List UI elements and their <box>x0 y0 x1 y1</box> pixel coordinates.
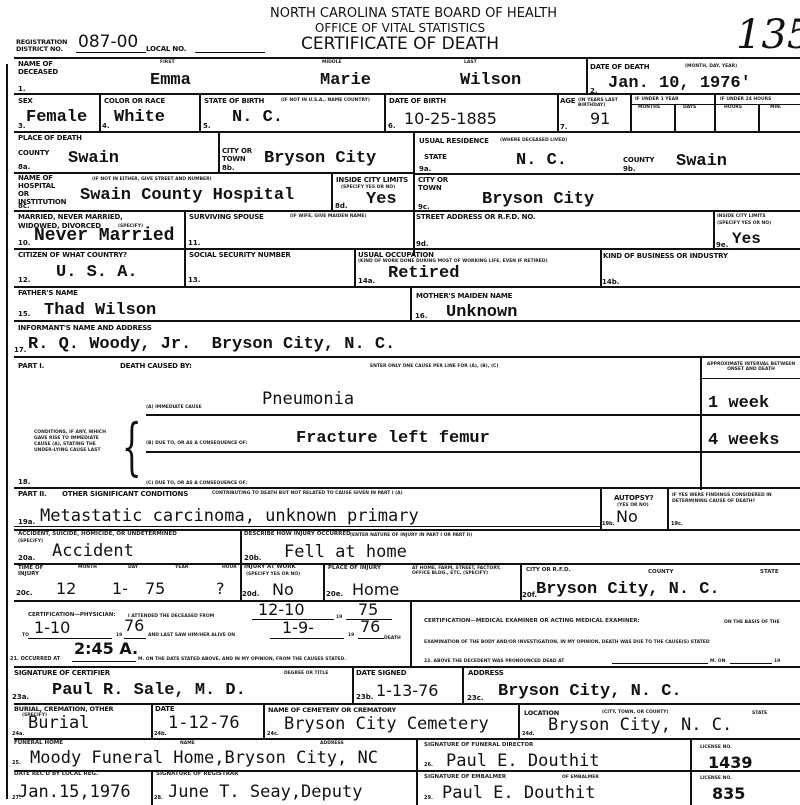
divider <box>331 172 333 210</box>
first-name: Emma <box>150 72 191 90</box>
registration-underline <box>76 52 146 53</box>
citizen-label: CITIZEN OF WHAT COUNTRY? <box>18 251 127 259</box>
item-11: 11. <box>188 239 200 247</box>
usual-residence-sub: (WHERE DECEASED LIVED) <box>500 138 567 143</box>
occurred-tail-text: M. ON THE DATE STATED ABOVE, AND IN MY O… <box>138 657 346 662</box>
item-29: 29. <box>424 795 433 801</box>
describe-value: Fell at home <box>284 543 407 561</box>
divider <box>713 210 715 248</box>
item-26: 26. <box>424 762 433 768</box>
disposition-method-label: BURIAL, CREMATION, OTHER <box>14 705 113 713</box>
residence-county-label: COUNTY <box>623 156 654 164</box>
date-signed-value: 1-13-76 <box>376 682 438 700</box>
county-label: COUNTY <box>18 149 49 157</box>
item-24b: 24b. <box>154 731 166 737</box>
row-line <box>14 131 800 133</box>
injury-county-label: COUNTY <box>648 570 674 575</box>
surviving-spouse-label: SURVIVING SPOUSE <box>189 213 264 221</box>
age-sub: (IN YEARS LAST BIRTHDAY) <box>578 98 630 108</box>
attended-to-year: 76 <box>124 617 144 635</box>
divider <box>410 286 412 320</box>
item-14a: 14a. <box>358 277 375 285</box>
row-line <box>14 666 800 668</box>
divider <box>352 666 354 703</box>
certifier-address: Bryson City, N. C. <box>498 683 682 701</box>
divider <box>758 104 760 131</box>
informant-value: R. Q. Woody, Jr. Bryson City, N. C. <box>28 336 395 354</box>
divider <box>413 131 415 256</box>
injury-location-value: Bryson City, N. C. <box>536 581 720 599</box>
certifier-signature: Paul R. Sale, M. D. <box>52 682 246 700</box>
injury-year: 75 <box>145 580 165 598</box>
medical-examiner-19: 19 <box>774 659 780 664</box>
injury-city-label: CITY OR R.F.D. <box>526 568 571 573</box>
row-line <box>413 173 800 175</box>
father-name-label: FATHER'S NAME <box>18 289 78 297</box>
row-line <box>14 172 414 174</box>
divider <box>354 248 356 286</box>
state-of-birth-sub: (IF NOT IN U.S.A., NAME COUNTRY) <box>280 98 370 103</box>
date-received-label: DATE REC'D BY LOCAL REG. <box>14 772 98 777</box>
item-3: 3. <box>18 122 26 130</box>
item-17: 17. <box>14 346 26 354</box>
day-label: DAY <box>128 565 138 570</box>
days-label: DAYS <box>683 105 696 110</box>
item-23c: 23c. <box>467 694 484 702</box>
disposition-date-value: 1-12-76 <box>168 714 240 732</box>
cause-b-interval: 4 weeks <box>708 432 779 450</box>
handwritten-number: 135 <box>736 12 800 58</box>
location-state-label: STATE <box>752 711 767 716</box>
year-prefix-19: 19 <box>116 633 122 638</box>
certifier-address-label: ADDRESS <box>468 669 504 677</box>
divider <box>151 770 153 805</box>
row-line <box>14 248 800 250</box>
state-of-birth-label: STATE OF BIRTH <box>204 97 264 105</box>
interval-label: APPROXIMATE INTERVAL BETWEEN ONSET AND D… <box>705 362 797 372</box>
item-15: 15. <box>18 310 30 318</box>
divider <box>557 93 559 131</box>
residence-state: N. C. <box>516 152 567 170</box>
business-label: KIND OF BUSINESS OR INDUSTRY <box>603 252 728 260</box>
cause-a-line <box>146 414 800 416</box>
funeral-home-name-label: NAME <box>180 741 195 746</box>
item-8d: 8d. <box>335 202 348 210</box>
residence-state-label: STATE <box>424 153 447 161</box>
surviving-spouse-sub: (IF WIFE, GIVE MAIDEN NAME) <box>290 214 367 219</box>
autopsy-findings-label: IF YES WERE FINDINGS CONSIDERED IN DETER… <box>672 493 798 505</box>
item-20f: 20f. <box>522 591 537 599</box>
marital-status-value: Never Married <box>34 227 174 245</box>
state-board-heading: NORTH CAROLINA STATE BOARD OF HEALTH <box>270 6 530 21</box>
divider <box>630 93 632 131</box>
place-of-death-label: PLACE OF DEATH <box>18 134 82 142</box>
place-of-injury-label: PLACE OF INJURY <box>328 566 381 571</box>
disposition-method-value: Burial <box>28 714 89 732</box>
funeral-home-address-label: ADDRESS <box>320 741 344 746</box>
last-name: Wilson <box>460 72 521 90</box>
under-24-hours-label: IF UNDER 24 HOURS <box>720 97 771 102</box>
cause-a-label: (a) IMMEDIATE CAUSE <box>146 405 202 410</box>
place-of-injury-sub: AT HOME, FARM, STREET, FACTORY, OFFICE B… <box>412 566 520 576</box>
item-28: 28. <box>154 795 163 801</box>
death-county: Swain <box>68 150 119 168</box>
other-conditions-value: Metastatic carcinoma, unknown primary <box>40 507 419 525</box>
item-9a: 9a. <box>419 165 431 173</box>
conditions-label: CONDITIONS, IF ANY, WHICH GAVE RISE TO I… <box>34 430 106 454</box>
attended-from: 12-10 <box>258 601 305 619</box>
divider <box>384 93 386 131</box>
medical-examiner-text-2: EXAMINATION OF THE BODY AND/OR INVESTIGA… <box>424 640 710 645</box>
time-of-death: 2:45 A. <box>74 640 138 658</box>
item-12: 12. <box>18 276 30 284</box>
row-line <box>14 286 800 288</box>
mother-maiden-name-label: MOTHER'S MAIDEN NAME <box>416 292 512 300</box>
item-10: 10. <box>18 239 30 247</box>
item-23a: 23a. <box>12 693 29 701</box>
injury-day: 1- <box>112 580 128 598</box>
residence-county: Swain <box>676 153 727 171</box>
part-2-label: PART II. <box>18 490 46 498</box>
funeral-director-signature: Paul E. Douthit <box>446 752 600 770</box>
item-20c: 20c. <box>16 589 33 597</box>
item-20d: 20d. <box>242 590 259 598</box>
last-saw-label: AND LAST SAW HIM/HER ALIVE ON <box>148 633 235 638</box>
divider <box>700 356 702 490</box>
manner-sub: (SPECIFY) <box>18 539 43 544</box>
injury-state-label: STATE <box>760 570 779 575</box>
divider <box>358 638 384 639</box>
manner-value: Accident <box>52 542 134 560</box>
usual-residence-label: USUAL RESIDENCE <box>419 137 489 145</box>
funeral-home-label: FUNERAL HOME <box>14 741 63 746</box>
row-line <box>14 210 800 212</box>
death-caused-by-label: DEATH CAUSED BY: <box>120 362 192 370</box>
row-line <box>14 356 800 358</box>
cemetery-value: Bryson City Cemetery <box>284 715 489 733</box>
item-9b: 9b. <box>623 165 636 173</box>
last-saw-year: 76 <box>360 618 380 636</box>
funeral-director-label: SIGNATURE OF FUNERAL DIRECTOR <box>424 743 533 748</box>
item-19a: 19a. <box>18 518 35 526</box>
divider <box>151 703 153 738</box>
item-25: 25. <box>12 760 21 766</box>
divider <box>667 487 669 530</box>
cause-b-value: Fracture left femur <box>296 430 490 448</box>
father-name: Thad Wilson <box>44 302 156 320</box>
local-no-underline <box>195 52 265 53</box>
item-7: 7. <box>560 123 568 131</box>
place-of-injury-value: Home <box>352 581 399 599</box>
divider <box>518 703 520 738</box>
item-4: 4. <box>102 122 110 130</box>
occurred-at-label: 21. OCCURRED AT <box>10 657 60 662</box>
frame-top <box>14 57 800 59</box>
row-line <box>14 738 800 740</box>
divider <box>730 663 772 664</box>
medical-examiner-label: CERTIFICATION—MEDICAL EXAMINER OR ACTING… <box>424 619 640 624</box>
row-line <box>14 320 800 322</box>
other-conditions-line <box>14 526 600 527</box>
embalmer-sub: OF EMBALMER <box>562 775 599 780</box>
row-line <box>14 93 800 95</box>
hospital-name: Swain County Hospital <box>80 187 294 205</box>
divider <box>700 378 800 379</box>
local-no-label: LOCAL NO. <box>146 45 186 53</box>
divider <box>462 666 464 703</box>
director-license-label: LICENSE NO. <box>700 745 732 750</box>
death-city: Bryson City <box>264 150 376 168</box>
year-label: YEAR <box>175 565 188 570</box>
attended-to: 1-10 <box>34 619 70 637</box>
time-of-injury-label: TIME OF INJURY <box>18 565 48 577</box>
row-line <box>14 600 800 602</box>
last-saw-value: 1-9- <box>282 619 314 637</box>
manner-label: ACCIDENT, SUICIDE, HOMICIDE, OR UNDETERM… <box>18 532 177 537</box>
item-13: 13. <box>188 276 200 284</box>
cause-a-interval: 1 week <box>708 395 769 413</box>
divider <box>270 638 344 639</box>
item-24c: 24c. <box>267 731 279 737</box>
name-of-deceased-label: NAME OF DECEASED <box>18 60 68 76</box>
autopsy-label: AUTOPSY? <box>614 494 653 502</box>
brace-icon: { <box>122 416 142 478</box>
part-1-label: PART I. <box>18 362 44 370</box>
hour-label: HOUR <box>222 565 237 570</box>
autopsy-value: No <box>616 508 638 526</box>
street-address-label: STREET ADDRESS OR R.F.D. No. <box>416 213 535 221</box>
race-value: White <box>114 109 165 127</box>
sex-value: Female <box>26 109 87 127</box>
injury-month: 12 <box>56 580 76 598</box>
registrar-label: SIGNATURE OF REGISTRAR <box>156 772 238 777</box>
city-or-town-label: CITY OR TOWN <box>222 147 252 163</box>
divider <box>586 57 588 93</box>
item-19c: 19c. <box>671 521 683 527</box>
ssn-label: SOCIAL SECURITY NUMBER <box>189 251 291 259</box>
divider <box>184 248 186 286</box>
embalmer-signature: Paul E. Douthit <box>442 784 596 802</box>
describe-label: DESCRIBE HOW INJURY OCCURRED <box>244 532 351 537</box>
month-label: MONTH <box>78 565 97 570</box>
state-of-birth-value: N. C. <box>232 109 283 127</box>
cemetery-label: NAME OF CEMETERY OR CREMATORY <box>268 706 396 714</box>
item-24d: 24d. <box>522 731 534 737</box>
hours-label: HOURS <box>724 105 742 110</box>
medical-examiner-am: M. ON <box>710 659 725 664</box>
cause-b-line <box>146 451 800 453</box>
last-label: LAST <box>464 60 477 65</box>
divider <box>410 600 412 666</box>
race-label: COLOR OR RACE <box>104 97 165 105</box>
cause-a-value: Pneumonia <box>262 390 354 408</box>
divider <box>323 563 325 600</box>
embalmer-license-value: 835 <box>712 785 745 803</box>
divider <box>630 104 800 105</box>
cause-b-label: (b) DUE TO, OR AS A CONSEQUENCE OF: <box>146 441 247 446</box>
date-of-death: Jan. 10, 1976' <box>608 75 751 93</box>
other-conditions-sub: CONTRIBUTING TO DEATH BUT NOT RELATED TO… <box>212 491 403 496</box>
divider <box>612 663 708 664</box>
date-signed-label: DATE SIGNED <box>356 669 406 677</box>
item-24a: 24a. <box>12 731 24 737</box>
injury-hour: ? <box>216 580 225 598</box>
date-of-death-label: DATE OF DEATH <box>590 63 649 71</box>
date-of-death-sub: (MONTH, DAY, YEAR) <box>685 64 737 69</box>
other-conditions-label: OTHER SIGNIFICANT CONDITIONS <box>62 490 188 498</box>
embalmer-license-label: LICENSE NO. <box>700 776 732 781</box>
row-line <box>14 770 800 772</box>
medical-examiner-text-3: 22. ABOVE THE DECEDENT WAS PRONOUNCED DE… <box>424 659 564 664</box>
describe-sub: (ENTER NATURE OF INJURY IN PART I OR PAR… <box>350 533 472 538</box>
item-19b: 19b. <box>602 521 614 527</box>
row-line <box>14 703 800 705</box>
divider <box>99 93 101 131</box>
frame-left <box>6 64 8 799</box>
item-9d: 9d. <box>416 240 429 248</box>
residence-city-label: CITY OR TOWN <box>418 176 448 192</box>
location-value: Bryson City, N. C. <box>548 716 732 734</box>
item-5: 5. <box>203 122 211 130</box>
year-prefix-19: 19 <box>336 615 342 620</box>
age-label: AGE <box>560 97 575 105</box>
embalmer-label: SIGNATURE OF EMBALMER <box>424 775 506 780</box>
item-20e: 20e. <box>326 590 343 598</box>
date-of-birth-label: DATE OF BIRTH <box>389 97 446 105</box>
date-of-birth-value: 10-25-1885 <box>404 110 497 128</box>
year-prefix-19: 19 <box>348 633 354 638</box>
middle-name: Marie <box>320 72 371 90</box>
divider <box>240 529 242 563</box>
first-label: FIRST <box>160 60 175 65</box>
injury-at-work-sub: (SPECIFY YES OR NO) <box>246 572 300 577</box>
occupation-label: USUAL OCCUPATION <box>358 251 434 259</box>
age-value: 91 <box>590 110 610 128</box>
item-14b: 14b. <box>602 278 619 286</box>
medical-examiner-text-1: ON THE BASIS OF THE <box>724 620 780 625</box>
item-18: 18. <box>18 478 30 486</box>
divider <box>674 104 676 131</box>
citizen-value: U. S. A. <box>56 264 138 282</box>
disposition-date-label: DATE <box>155 705 174 713</box>
registrar-signature: June T. Seay,Deputy <box>168 783 362 801</box>
occupation-value: Retired <box>388 265 459 283</box>
min-label: MIN. <box>770 105 782 110</box>
enter-only-one-label: ENTER ONLY ONE CAUSE PER LINE FOR (a), (… <box>370 364 498 369</box>
item-20a: 20a. <box>18 554 35 562</box>
divider <box>218 131 220 172</box>
under-1-year-label: IF UNDER 1 YEAR <box>635 97 679 102</box>
degree-or-title-label: DEGREE OR TITLE <box>284 671 328 676</box>
row-line <box>14 487 800 489</box>
death-label: DEATH <box>384 636 401 641</box>
item-1: 1. <box>18 85 26 93</box>
item-8c: 8c. <box>18 202 30 210</box>
hospital-sub: (IF NOT IN EITHER, GIVE STREET AND NUMBE… <box>92 177 212 182</box>
informant-label: INFORMANT'S NAME AND ADDRESS <box>18 324 152 332</box>
registration-district-label: REGISTRATION DISTRICT NO. <box>16 39 76 53</box>
divider <box>72 661 136 662</box>
item-20b: 20b. <box>244 554 261 562</box>
divider <box>263 703 265 738</box>
certificate-title: CERTIFICATE OF DEATH <box>270 34 530 54</box>
divider <box>714 93 716 131</box>
residence-inside-city-sub: (SPECIFY YES OR NO) <box>717 221 771 226</box>
cause-c-label: (c) DUE TO, OR AS A CONSEQUENCE OF: <box>146 481 247 486</box>
signature-of-certifier-label: SIGNATURE OF CERTIFIER <box>14 669 110 677</box>
injury-at-work-value: No <box>272 581 294 599</box>
residence-inside-city-value: Yes <box>732 230 761 248</box>
date-received-value: Jan.15,1976 <box>18 783 131 801</box>
office-heading: OFFICE OF VITAL STATISTICS <box>270 21 530 35</box>
residence-inside-city-label: INSIDE CITY LIMITS <box>717 214 766 219</box>
middle-label: MIDDLE <box>322 60 342 65</box>
divider <box>184 210 186 248</box>
sex-label: SEX <box>18 97 33 105</box>
divider <box>199 93 201 131</box>
inside-city-limits-value: Yes <box>366 191 397 209</box>
injury-at-work-label: INJURY AT WORK <box>244 565 296 570</box>
inside-city-limits-label: INSIDE CITY LIMITS <box>336 176 408 184</box>
funeral-home-value: Moody Funeral Home,Bryson City, NC <box>30 749 378 767</box>
item-23b: 23b. <box>356 693 373 701</box>
item-6: 6. <box>388 122 396 130</box>
item-8a: 8a. <box>18 163 30 171</box>
registration-district-no: 087-00 <box>78 33 138 51</box>
item-8b: 8b. <box>222 164 235 172</box>
residence-city: Bryson City <box>482 191 594 209</box>
months-label: MONTHS <box>638 105 660 110</box>
item-16: 16. <box>415 312 427 320</box>
